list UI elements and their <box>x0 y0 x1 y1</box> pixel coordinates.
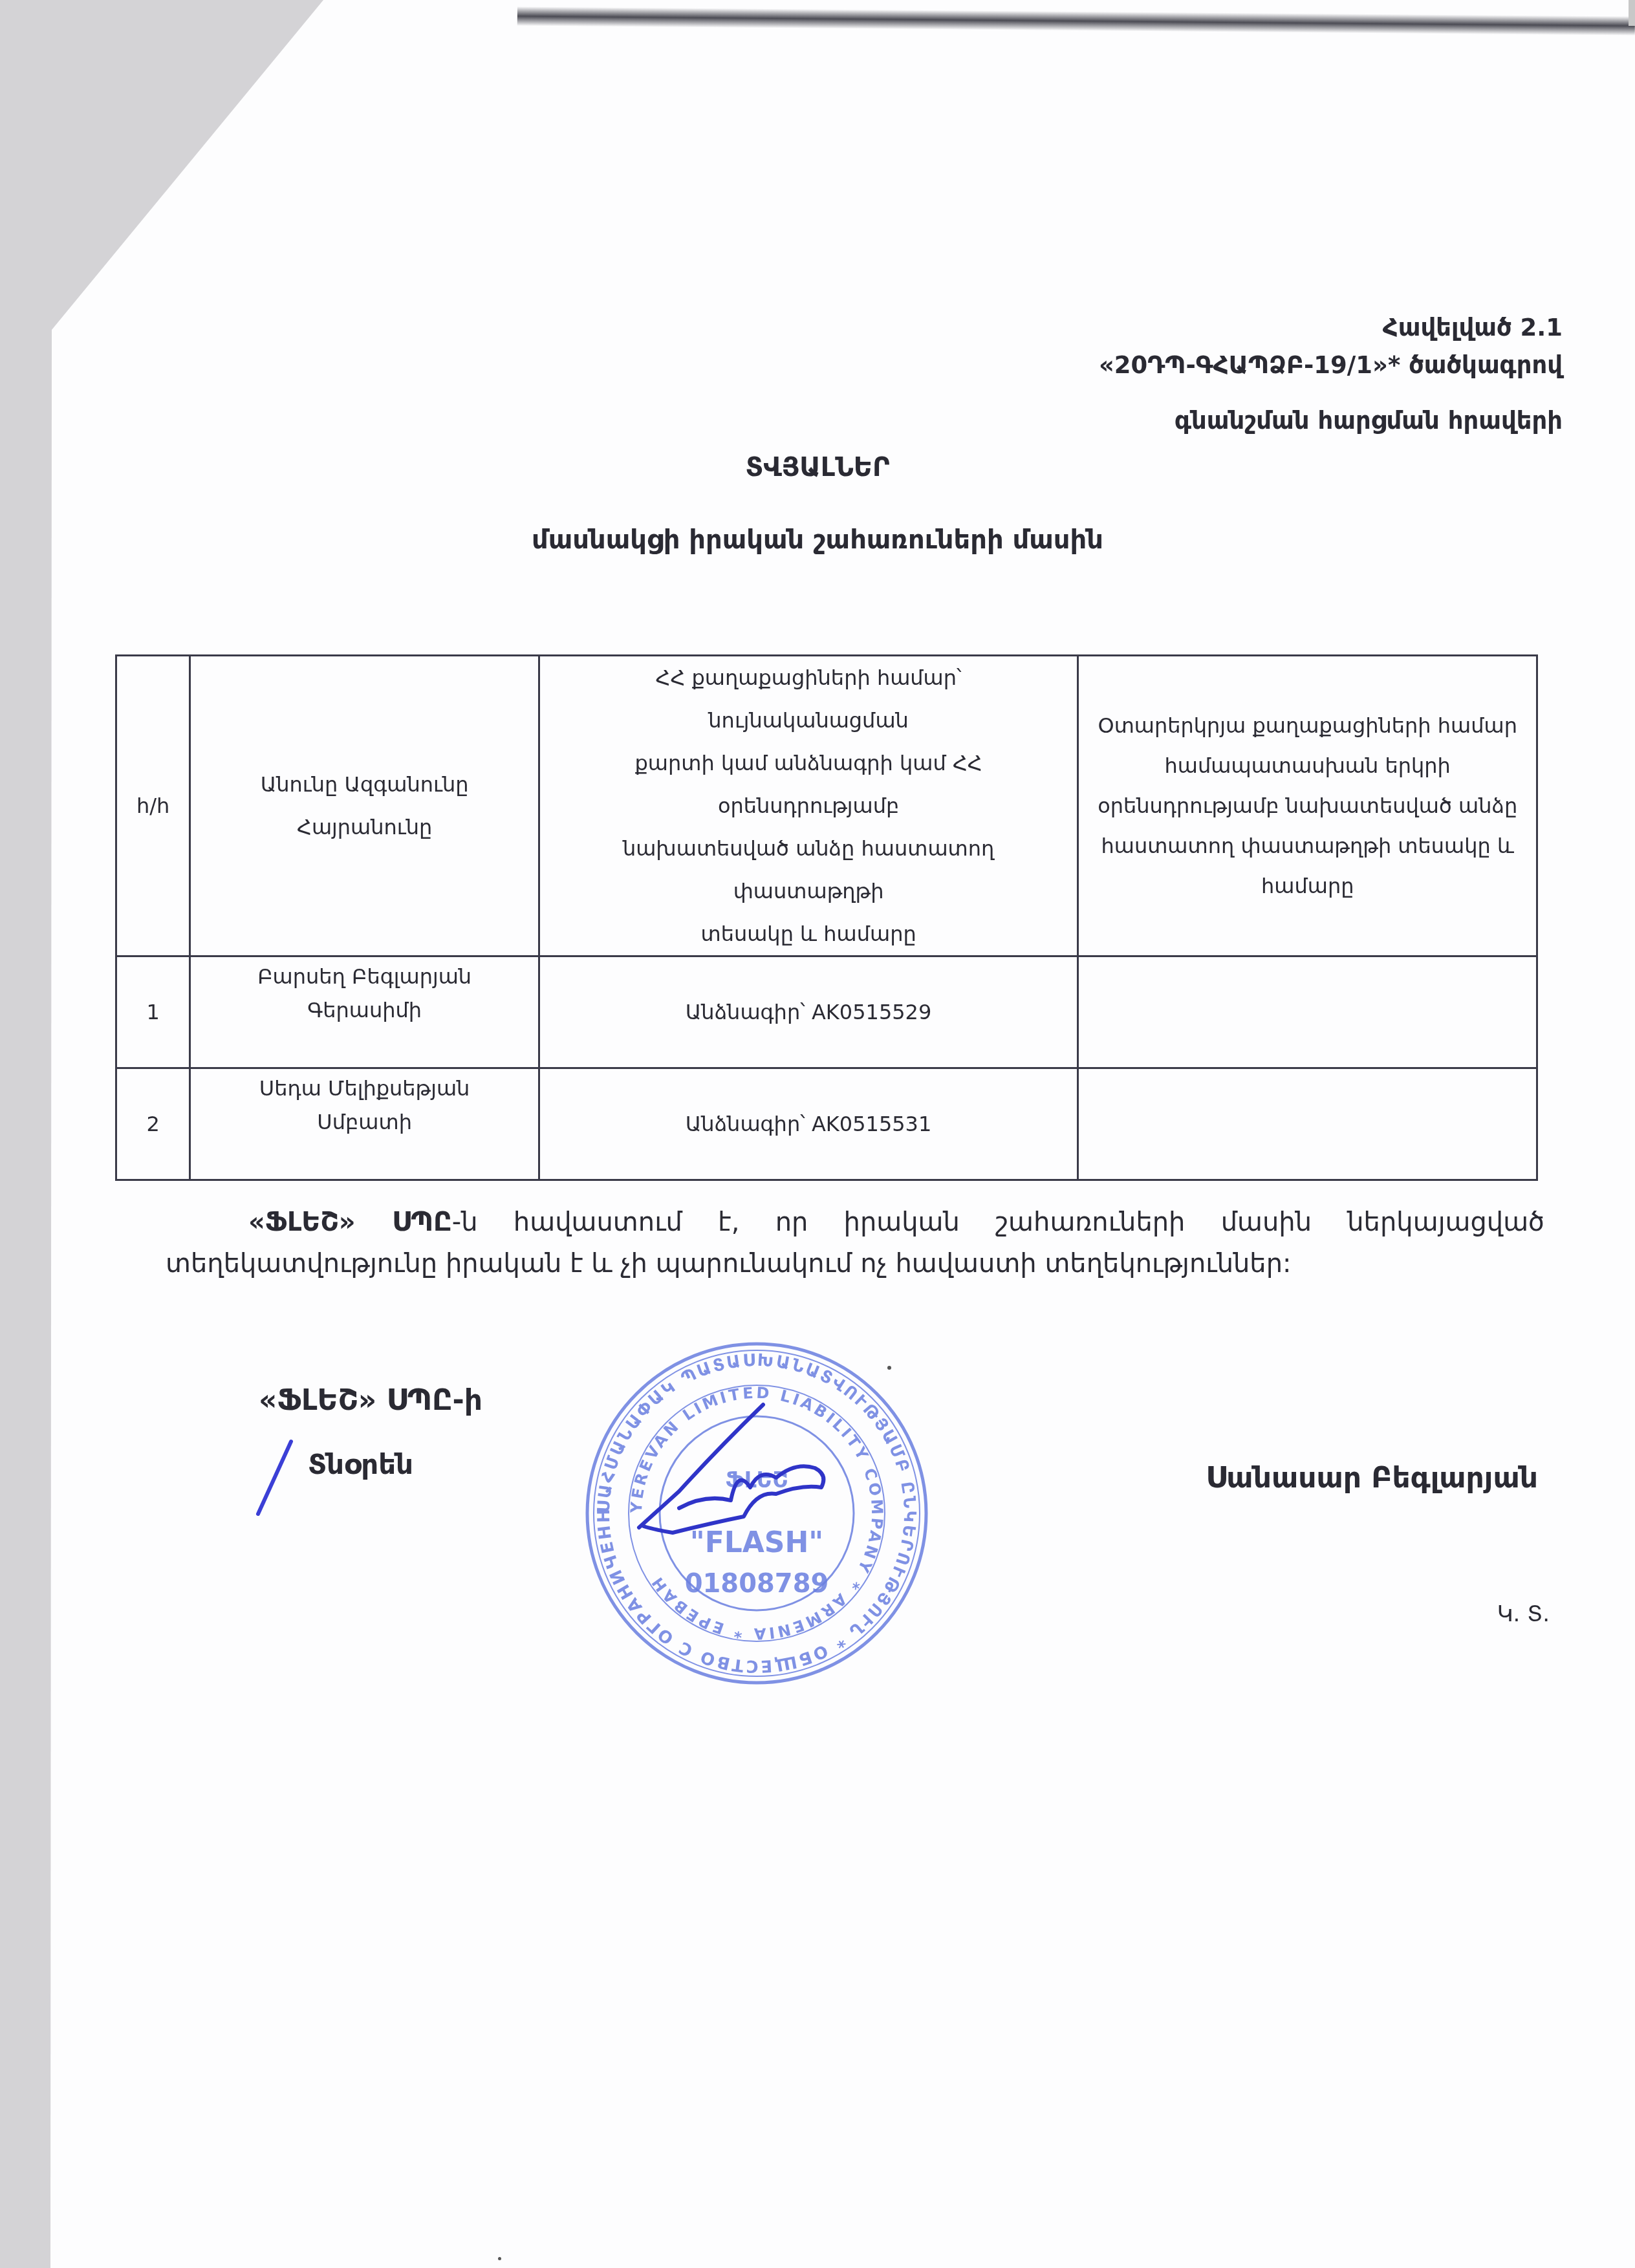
header-am-citizen-document: ՀՀ քաղաքացիների համար՝ նույնականացման քա… <box>539 656 1078 956</box>
document-title: ՏՎՅԱԼՆԵՐ <box>0 453 1635 482</box>
attestation-statement: «ՖԼԵՇ» ՍՊԸ-ն հավաստում է, որ իրական շահա… <box>166 1202 1544 1284</box>
annex-number: Հավելված 2.1 <box>1099 309 1563 347</box>
signatory-role: Տնօրեն <box>308 1449 413 1480</box>
header-full-name: Անունը Ազգանունը Հայրանունը <box>190 656 539 956</box>
annex-invitation: գնանշման հարցման հրավերի <box>1099 402 1563 440</box>
signatory-company: «ՖԼԵՇ» ՍՊԸ-ի <box>259 1384 482 1417</box>
scan-speck <box>498 2257 501 2260</box>
row-full-name: Սեդա Մելիքսեթյան Սմբատի <box>190 1068 539 1180</box>
seal-place-label: Կ. Տ. <box>1497 1601 1550 1627</box>
beneficial-owners-table: հ/հ Անունը Ազգանունը Հայրանունը ՀՀ քաղաք… <box>115 654 1538 1181</box>
page-right-edge <box>1629 0 1635 26</box>
header-number: հ/հ <box>116 656 190 956</box>
stamp-registration-number: 01808789 <box>685 1569 829 1599</box>
stamp-center-name: "FLASH" <box>690 1526 824 1559</box>
header-foreign-citizen-document: Օտարերկրյա քաղաքացիների համար համապատասխ… <box>1078 656 1537 956</box>
statement-company: «ՖԼԵՇ» ՍՊԸ <box>248 1207 452 1237</box>
row-number: 2 <box>116 1068 190 1180</box>
row-number: 1 <box>116 956 190 1068</box>
scan-speck <box>887 1366 891 1370</box>
signatory-name: Սանասար Բեգլարյան <box>1206 1462 1538 1495</box>
table-row: 1 Բարսեղ Բեգլարյան Գերասիմի Անձնագիր՝ AK… <box>116 956 1537 1068</box>
row-foreign-document <box>1078 956 1537 1068</box>
annex-reference: Հավելված 2.1 «20ԴՊ-ԳՀԱՊՁԲ-19/1»* ծածկագր… <box>1099 309 1563 440</box>
document-subtitle: մասնակցի իրական շահառուների մասին <box>0 525 1635 555</box>
row-full-name: Բարսեղ Բեգլարյան Գերասիմի <box>190 956 539 1068</box>
row-am-document: Անձնագիր՝ AK0515529 <box>539 956 1078 1068</box>
annex-code: «20ԴՊ-ԳՀԱՊՁԲ-19/1»* ծածկագրով <box>1099 347 1563 384</box>
row-foreign-document <box>1078 1068 1537 1180</box>
pen-stroke-mark <box>255 1439 294 1517</box>
row-am-document: Անձնագիր՝ AK0515531 <box>539 1068 1078 1180</box>
company-stamp: ՍԱՀՄԱՆԱՓԱԿ ՊԱՏԱՍԽԱՆԱՏՎՈՒԹՅԱՄԲ ԸՆԿԵՐՈՒԹՅՈ… <box>582 1339 931 1688</box>
table-row: 2 Սեդա Մելիքսեթյան Սմբատի Անձնագիր՝ AK05… <box>116 1068 1537 1180</box>
table-header-row: հ/հ Անունը Ազգանունը Հայրանունը ՀՀ քաղաք… <box>116 656 1537 956</box>
stamp-ring-inner: YEREVAN LIMITED LIABILITY COMPANY * ARME… <box>627 1384 887 1643</box>
